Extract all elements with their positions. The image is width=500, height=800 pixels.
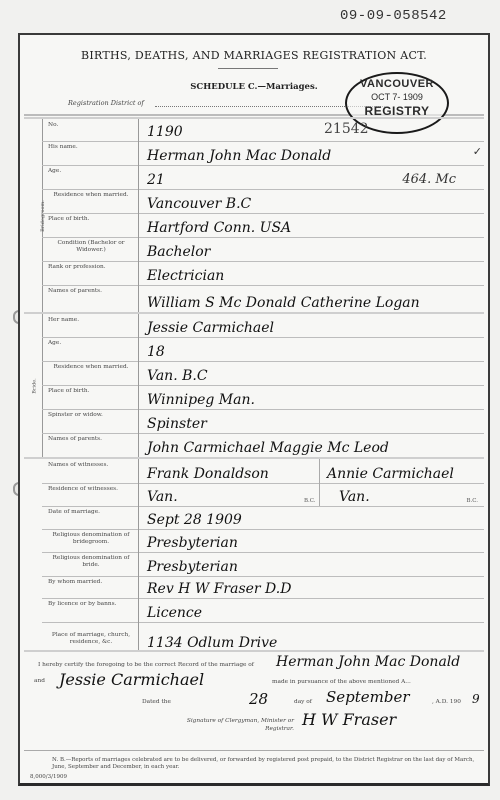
serial-number: 09-09-058542 [340,8,447,24]
field-row-condition: Spinster or widow. Spinster [42,409,484,434]
field-row-number: No. 119021542 [42,119,484,142]
field-row-date: Date of marriage. Sept 28 1909 [42,506,484,530]
marriage-registration-form: BIRTHS, DEATHS, AND MARRIAGES REGISTRATI… [18,33,490,786]
field-value: Presbyterian [147,535,238,551]
field-value: 21 [147,172,165,188]
field-value: Rev H W Fraser D.D [147,581,291,597]
field-value: Winnipeg Man. [147,392,255,408]
certified-bride-name: Jessie Carmichael [59,670,204,689]
divider [218,68,278,69]
field-value: 1134 Odlum Drive [147,635,277,651]
act-title: BIRTHS, DEATHS, AND MARRIAGES REGISTRATI… [20,49,488,62]
certified-year-digit: 9 [472,692,480,706]
stamp-registry: REGISTRY [347,104,447,118]
field-value: 1190 [147,124,183,140]
field-row-place: Place of marriage, church, residence, &c… [42,622,484,652]
field-value: Van. [147,489,178,505]
field-row-residence: Residence when married. Vancouver B.C [42,189,484,214]
field-value: Herman John Mac Donald [147,148,331,164]
field-row-age: Age. 18 [42,337,484,362]
certification-block: I hereby certify the foregoing to be the… [24,650,484,732]
section-label: Bridegroom. [24,119,43,312]
field-value: Hartford Conn. USA [147,220,291,236]
field-row-residence: Residence when married. Van. B.C [42,361,484,386]
field-value: Vancouver B.C [147,196,251,212]
field-value: Electrician [147,268,224,284]
stamp-date: OCT 7- 1909 [347,92,447,102]
field-row-parents: Names of parents. John Carmichael Maggie… [42,433,484,457]
stamp-city: VANCOUVER [347,78,447,90]
field-row-parents: Names of parents. William S Mc Donald Ca… [42,285,484,312]
field-row-birthplace: Place of birth. Hartford Conn. USA [42,213,484,238]
certified-month: September [326,688,410,706]
certified-day: 28 [249,690,268,708]
clergy-signature: H W Fraser [302,710,396,729]
field-value: Spinster [147,416,207,432]
field-row-witness-residence: Residence of witnesses. Van.B.C.Van.B.C. [42,483,484,507]
field-value: Frank Donaldson [147,466,269,482]
field-value: Van. B.C [147,368,208,384]
field-row-officiant: By whom married. Rev H W Fraser D.D [42,576,484,599]
field-value-2: Van. [339,489,370,505]
field-value: John Carmichael Maggie Mc Leod [147,440,389,456]
field-value-2: Annie Carmichael [327,466,454,482]
bridegroom-section: Bridegroom. No. 119021542 His name. Herm… [24,117,484,312]
field-value: William S Mc Donald Catherine Logan [147,295,420,311]
field-value: Presbyterian [147,559,238,575]
printed-number: 21542 [324,121,369,137]
field-value: Licence [147,605,202,621]
print-code: 8,000/3/1909 [30,774,67,780]
field-value: Sept 28 1909 [147,512,242,528]
field-row-birthplace: Place of birth. Winnipeg Man. [42,385,484,410]
field-value: Bachelor [147,244,210,260]
field-row-religion-groom: Religious denomination of bridegroom. Pr… [42,529,484,553]
field-row-her-name: Her name. Jessie Carmichael [42,314,484,338]
field-value: Jessie Carmichael [147,320,274,336]
field-row-licence: By licence or by banns. Licence [42,598,484,623]
district-label: Registration District of [68,99,144,107]
field-row-his-name: His name. Herman John Mac Donald✓ [42,141,484,166]
marriage-details-section: Names of witnesses. Frank DonaldsonAnnie… [24,457,484,652]
field-row-religion-bride: Religious denomination of bride. Presbyt… [42,552,484,577]
field-row-profession: Rank or profession. Electrician [42,261,484,286]
field-row-witnesses: Names of witnesses. Frank DonaldsonAnnie… [42,459,484,484]
footnote: N. B.—Reports of marriages celebrated ar… [24,750,484,771]
check-mark: ✓ [473,145,482,158]
section-label: Bride. [24,314,43,457]
certified-groom-name: Herman John Mac Donald [276,654,460,670]
field-row-condition: Condition (Bachelor or Widower.) Bachelo… [42,237,484,262]
margin-note: 464. Mc [402,172,456,187]
field-value: 18 [147,344,165,360]
field-row-age: Age. 21464. Mc [42,165,484,190]
bride-section: Bride. Her name. Jessie Carmichael Age. … [24,312,484,457]
